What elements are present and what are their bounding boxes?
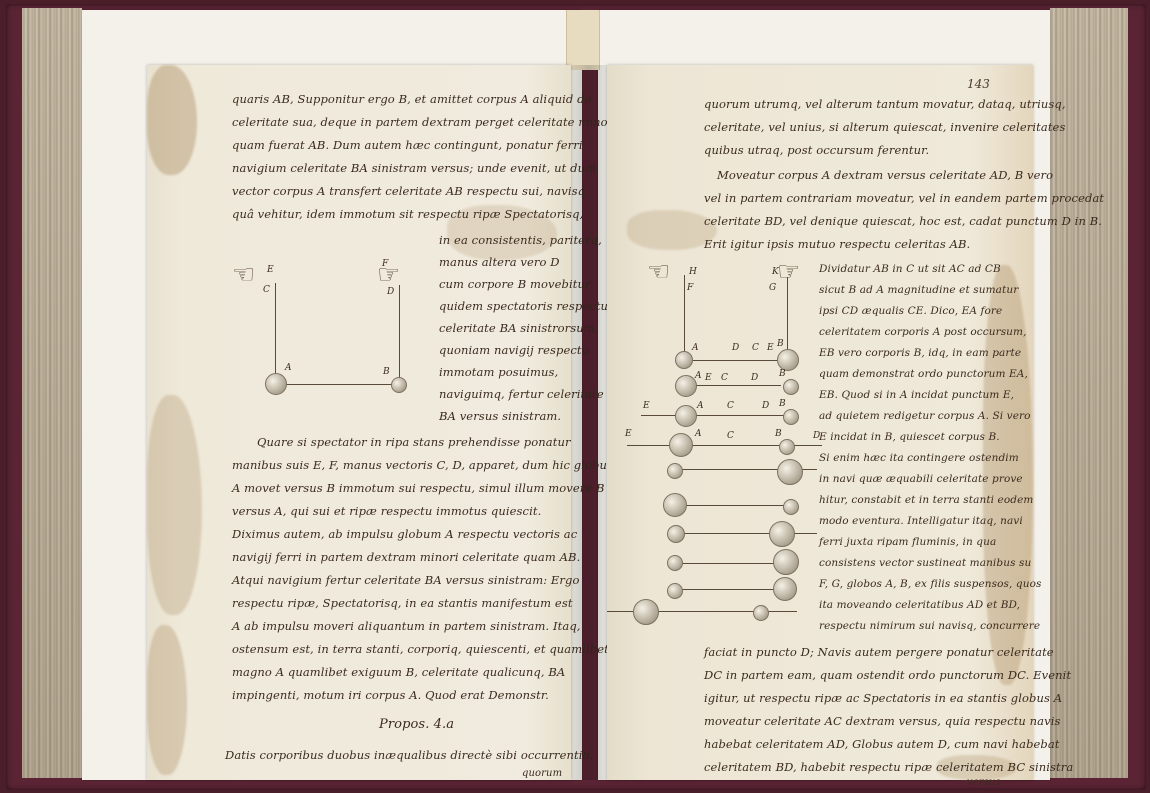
label-C: C: [263, 285, 270, 295]
text-line: quibus utraq, post occursum ferentur.: [704, 143, 929, 157]
connecting-line: [277, 384, 397, 385]
row-label: E: [705, 373, 712, 383]
ball: [783, 499, 799, 515]
ball: [753, 605, 769, 621]
text-line: Atqui navigium fertur celeritate BA vers…: [232, 573, 580, 587]
folio-number: 143: [967, 77, 990, 91]
row-label: A: [695, 371, 702, 381]
row-label: D: [751, 373, 758, 383]
hand-icon: ☜: [232, 260, 255, 290]
side-text-line: E incidat in B, quiescet corpus B.: [819, 431, 1000, 443]
side-text-line: Dividatur AB in C ut sit AC ad CB: [819, 263, 1001, 275]
text-line: celeritate, vel unius, si alterum quiesc…: [704, 120, 1065, 134]
row-label: E: [767, 343, 774, 353]
label-E: E: [267, 265, 274, 275]
row-line: [685, 360, 785, 361]
label-K: K: [772, 267, 779, 277]
side-text-line: BA versus sinistram.: [439, 409, 561, 423]
ball: [667, 583, 683, 599]
text-line: quaris AB, Supponitur ergo B, et amittet…: [232, 92, 591, 106]
side-text-line: celeritatem corporis A post occursum,: [819, 326, 1027, 338]
hand-icon: ☜: [647, 257, 670, 287]
row-label: C: [727, 431, 734, 441]
ball: [779, 439, 795, 455]
manuscript-page-right: 143 quorum utrumq, vel alterum tantum mo…: [607, 65, 1033, 780]
thread: [275, 283, 276, 383]
side-text-line: quam demonstrat ordo punctorum EA,: [819, 368, 1028, 380]
text-line: Moveatur corpus A dextram versus celerit…: [717, 168, 1053, 182]
binding-guard-strip: [566, 10, 600, 70]
ball: [783, 379, 799, 395]
text-line: DC in partem eam, quam ostendit ordo pun…: [704, 668, 1071, 682]
text-line: moveatur celeritate AC dextram versus, q…: [704, 714, 1061, 728]
hand-icon: ☞: [777, 257, 800, 287]
ball: [669, 433, 693, 457]
text-line: quâ vehitur, idem immotum sit respectu r…: [232, 207, 583, 221]
row-label: A: [695, 429, 702, 439]
side-text-line: cum corpore B movebitur: [439, 277, 591, 291]
ball: [667, 463, 683, 479]
row-line: [689, 385, 781, 386]
text-line: ostensum est, in terra stanti, corporiq,…: [232, 642, 609, 656]
ball: [675, 405, 697, 427]
ball: [663, 493, 687, 517]
ball: [667, 555, 683, 571]
ball: [773, 549, 799, 575]
text-line: versus A, qui sui et ripæ respectu immot…: [232, 504, 541, 518]
text-line: navigium celeritate BA sinistram versus;…: [232, 161, 596, 175]
row-label: B: [779, 399, 786, 409]
side-text-line: hitur, constabit et in terra stanti eode…: [819, 494, 1033, 506]
text-line: Erit igitur ipsis mutuo respectu celerit…: [704, 237, 970, 251]
side-text-line: EB vero corporis B, idq, in eam parte: [819, 347, 1021, 359]
catchword: versus: [967, 777, 1001, 788]
label-A: A: [285, 363, 292, 373]
ball: [667, 525, 685, 543]
text-line: manibus suis E, F, manus vectoris C, D, …: [232, 458, 618, 472]
thread: [684, 275, 685, 357]
ball-A: [265, 373, 287, 395]
manuscript-page-left: quaris AB, Supponitur ergo B, et amittet…: [147, 65, 571, 780]
side-text-line: consistens vector sustineat manibus su: [819, 557, 1031, 569]
collision-diagram: ☜ ☞ H K F G A D C E B A E C D B E A C D …: [607, 255, 817, 685]
row-line: [677, 563, 787, 564]
pendulum-diagram: ☜ ☞ E F C D A B: [227, 255, 417, 395]
side-text-line: ita moveando celeritatibus AD et BD,: [819, 599, 1020, 611]
text-line: navigij ferri in partem dextram minori c…: [232, 550, 580, 564]
text-line: A movet versus B immotum sui respectu, s…: [232, 481, 605, 495]
text-line: habebat celeritatem AD, Globus autem D, …: [704, 737, 1060, 751]
side-text-line: in navi quæ æquabili celeritate prove: [819, 473, 1023, 485]
text-line: magno A quamlibet exiguum B, celeritate …: [232, 665, 565, 679]
row-label: C: [727, 401, 734, 411]
water-stain: [147, 625, 187, 775]
page-edges-left: [22, 8, 82, 778]
ball: [769, 521, 795, 547]
row-line: [641, 415, 785, 416]
text-line: quam fuerat AB. Dum autem hæc contingunt…: [232, 138, 583, 152]
text-line: quorum utrumq, vel alterum tantum movatu…: [704, 97, 1066, 111]
row-label: E: [643, 401, 650, 411]
ball: [777, 349, 799, 371]
ball: [783, 409, 799, 425]
ball: [773, 577, 797, 601]
side-text-line: manus altera vero D: [439, 255, 560, 269]
side-text-line: respectu nimirum sui navisq, concurrere: [819, 620, 1040, 632]
row-label: A: [692, 343, 699, 353]
row-label: B: [777, 339, 784, 349]
label-H: H: [689, 267, 697, 277]
text-line: vector corpus A transfert celeritate AB …: [232, 184, 589, 198]
label-B: B: [383, 367, 390, 377]
gutter-shadow: [571, 65, 607, 780]
side-text-line: Si enim hæc ita contingere ostendim: [819, 452, 1019, 464]
side-text-line: ipsi CD æqualis CE. Dico, EA fore: [819, 305, 1002, 317]
text-line: A ab impulsu moveri aliquantum in partem…: [232, 619, 581, 633]
row-label: D: [762, 401, 769, 411]
water-stain: [147, 395, 202, 615]
catchword: quorum: [522, 768, 562, 779]
text-line: respectu ripæ, Spectatorisq, in ea stant…: [232, 596, 573, 610]
side-text-line: immotam posuimus,: [439, 365, 558, 379]
side-text-line: F, G, globos A, B, ex filis suspensos, q…: [819, 578, 1042, 590]
proposition-heading: Propos. 4.a: [379, 717, 454, 732]
side-text-line: EB. Quod si in A incidat punctum E,: [819, 389, 1014, 401]
row-label: A: [697, 401, 704, 411]
text-line: impingenti, motum iri corpus A. Quod era…: [232, 688, 549, 702]
label-F: F: [687, 283, 693, 293]
water-stain: [147, 65, 197, 175]
text-line: celeritate sua, deque in partem dextram …: [232, 115, 617, 129]
text-line: vel in partem contrariam moveatur, vel i…: [704, 191, 1104, 205]
side-text-line: ad quietem redigetur corpus A. Si vero: [819, 410, 1031, 422]
row-line: [677, 505, 787, 506]
text-line: faciat in puncto D; Navis autem pergere …: [704, 645, 1054, 659]
side-text-line: quoniam navigij respectu: [439, 343, 589, 357]
thread: [787, 277, 788, 355]
side-text-line: ferri juxta ripam fluminis, in qua: [819, 536, 996, 548]
side-text-line: modo eventura. Intelligatur itaq, navi: [819, 515, 1023, 527]
label-D: D: [387, 287, 394, 297]
text-line: igitur, ut respectu ripæ ac Spectatoris …: [704, 691, 1062, 705]
text-line: Diximus autem, ab impulsu globum A respe…: [232, 527, 577, 541]
text-line: celeritatem BD, habebit respectu ripæ ce…: [704, 760, 1073, 774]
row-label: D: [732, 343, 739, 353]
side-text-line: sicut B ad A magnitudine et sumatur: [819, 284, 1018, 296]
row-label: C: [752, 343, 759, 353]
row-label: E: [625, 429, 632, 439]
thread: [399, 285, 400, 383]
hand-icon: ☞: [377, 260, 400, 290]
row-line: [677, 589, 787, 590]
label-G: G: [769, 283, 776, 293]
row-label: C: [721, 373, 728, 383]
text-line: celeritate BD, vel denique quiescat, hoc…: [704, 214, 1102, 228]
row-label: B: [779, 369, 786, 379]
ball-B: [391, 377, 407, 393]
row-line: [677, 533, 817, 534]
ball: [675, 375, 697, 397]
label-F: F: [382, 259, 388, 269]
text-line: Datis corporibus duobus inæqualibus dire…: [225, 748, 594, 762]
ball: [675, 351, 693, 369]
text-line: Quare si spectator in ripa stans prehend…: [257, 435, 571, 449]
ball: [777, 459, 803, 485]
row-label: B: [775, 429, 782, 439]
ball: [633, 599, 659, 625]
